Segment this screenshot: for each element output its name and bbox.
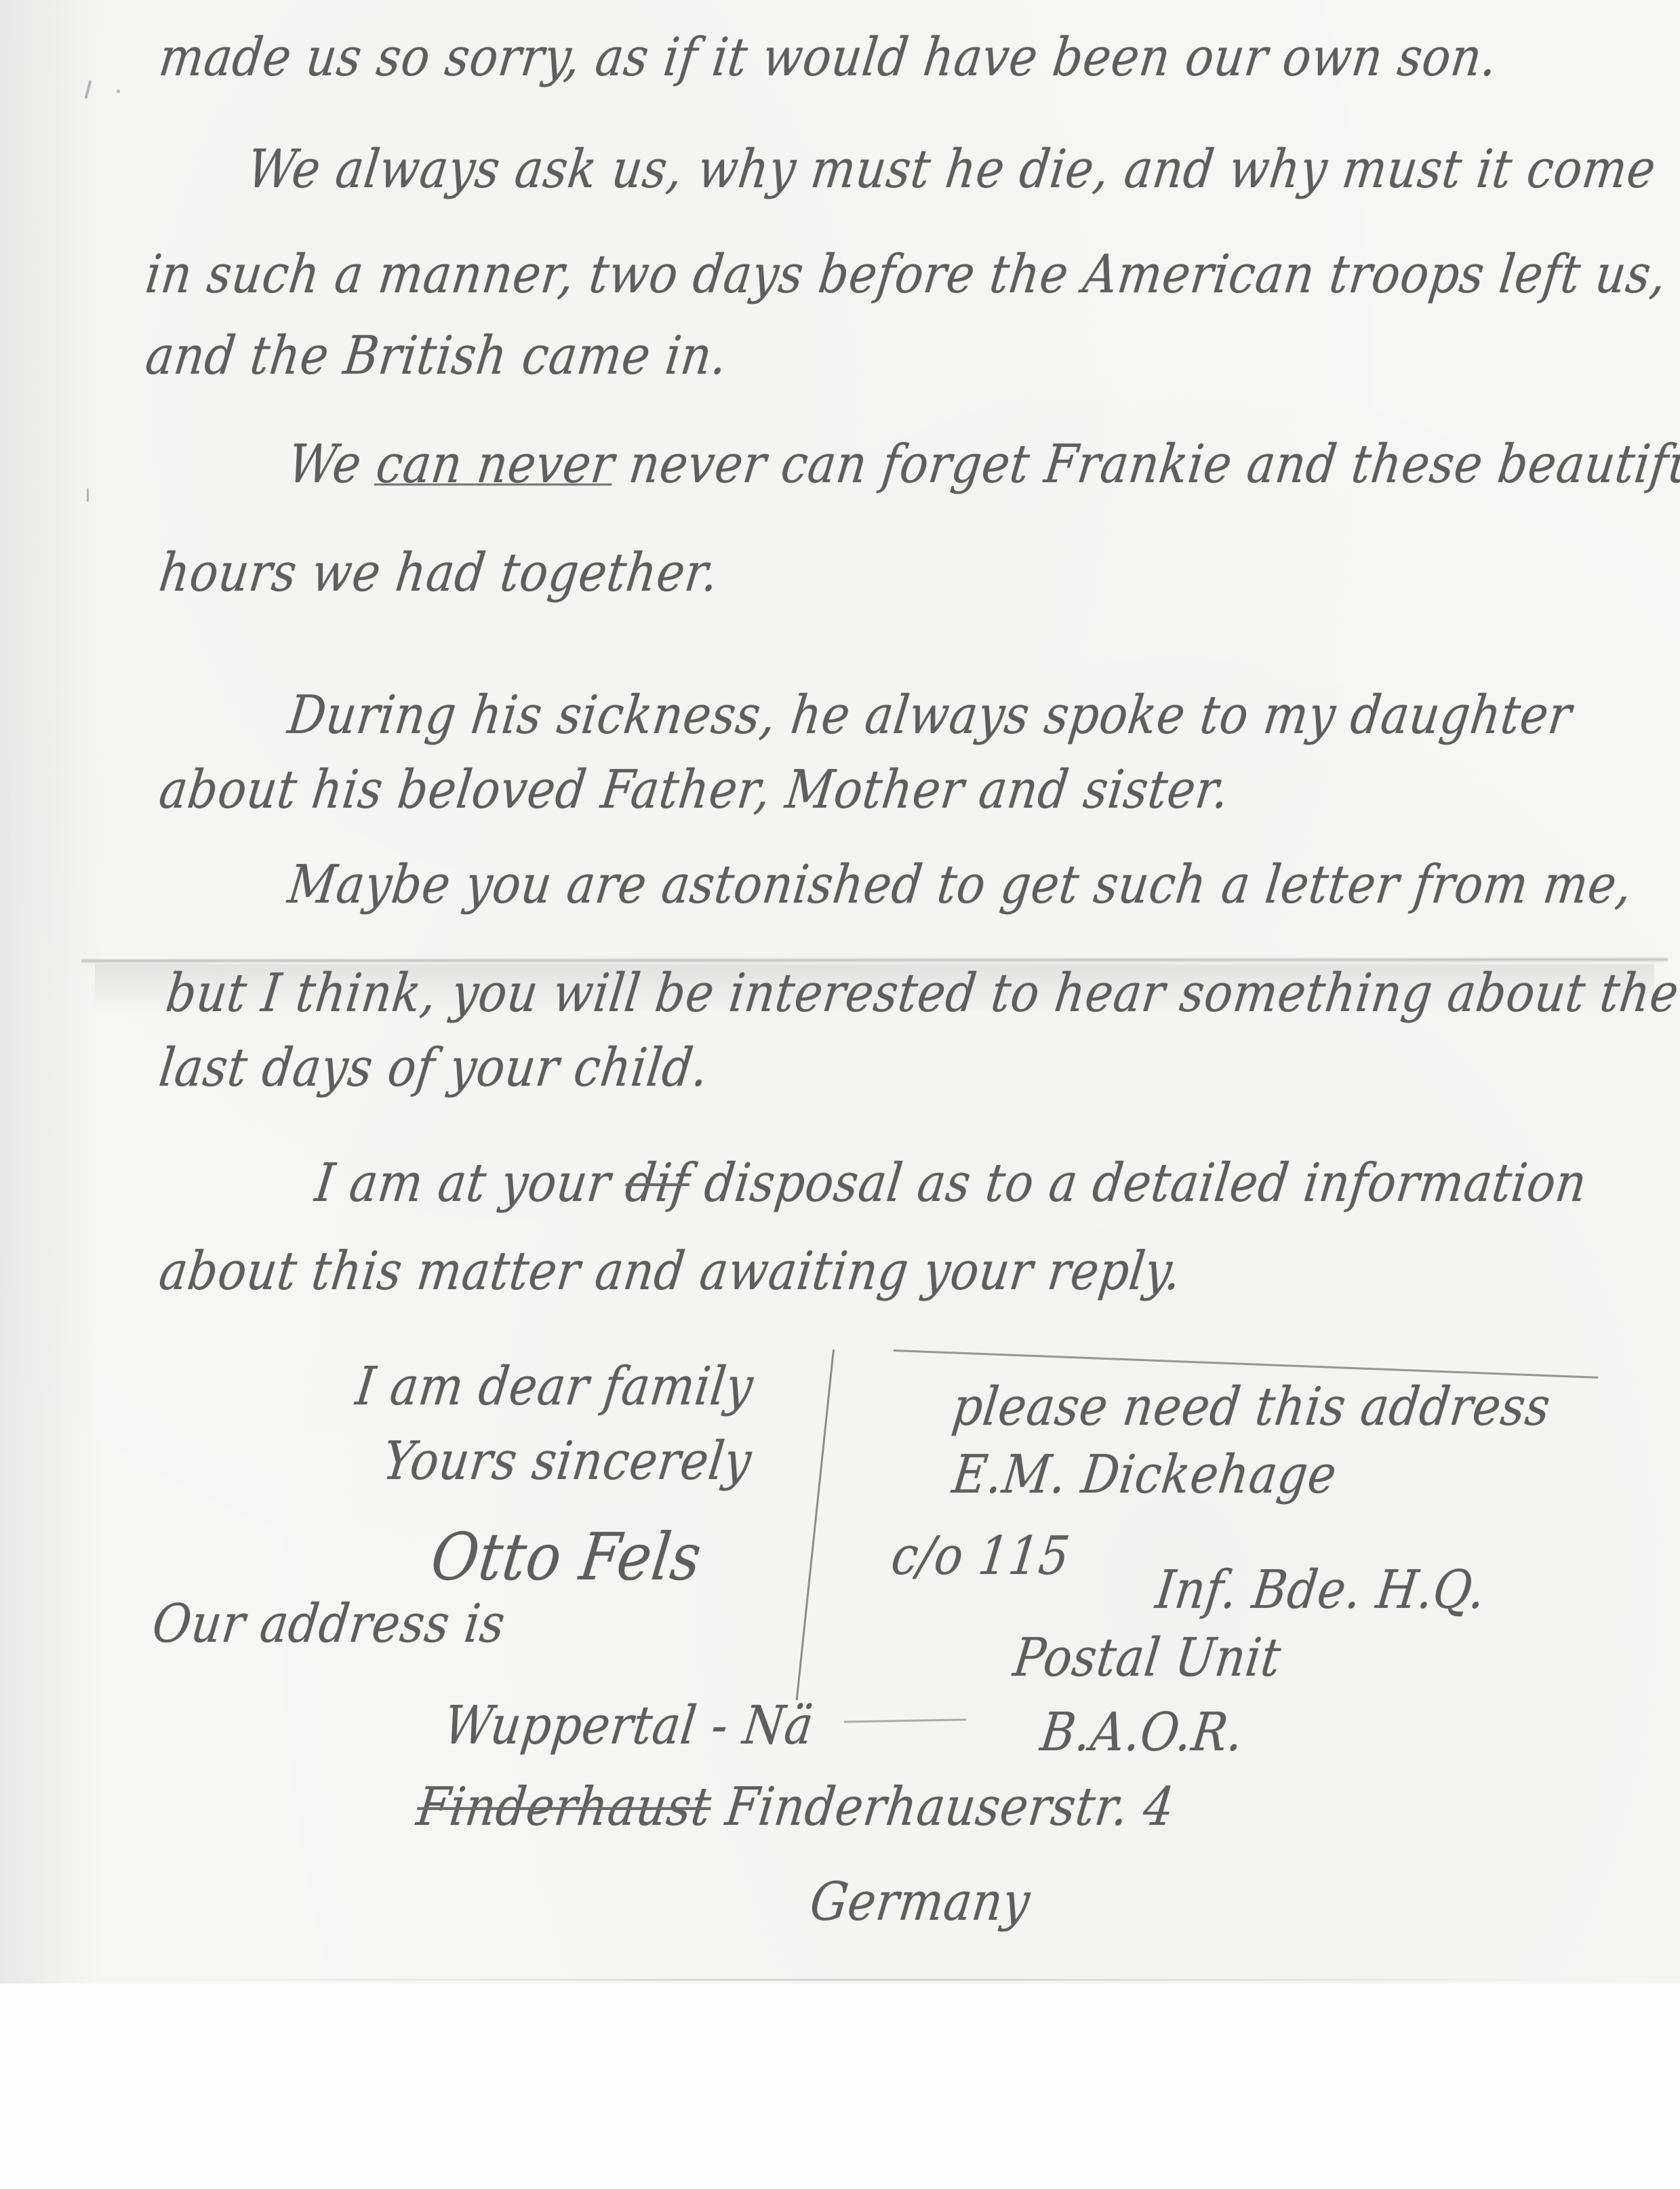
struck-through-text: can never	[373, 434, 618, 495]
letter-line: We always ask us, why must he die, and w…	[244, 139, 1659, 200]
address-box-top-rule	[894, 1349, 1598, 1379]
closing-line: I am dear family	[353, 1356, 757, 1417]
sender-address-country: Germany	[807, 1872, 1034, 1933]
struck-through-text: dif	[622, 1153, 693, 1214]
boxed-address-care-of: c/o 115	[888, 1526, 1073, 1587]
text-fragment: never can forget Frankie and these beaut…	[626, 434, 1680, 495]
letter-line: in such a manner, two days before the Am…	[142, 244, 1670, 305]
struck-through-text: Finderhaust	[414, 1777, 715, 1838]
text-fragment: disposal as to a detailed information	[701, 1153, 1591, 1214]
letter-line: We can never never can forget Frankie an…	[285, 434, 1680, 495]
letter-line: made us so sorry, as if it would have be…	[156, 27, 1501, 88]
letter-line: last days of your child.	[156, 1038, 712, 1099]
boxed-address-name: E.M. Dickehage	[949, 1444, 1340, 1505]
margin-mark	[117, 90, 120, 93]
sender-address-street: Finderhaust Finderhauserstr. 4	[414, 1777, 1178, 1838]
sender-address-city: Wuppertal - Nä	[441, 1695, 817, 1756]
letter-line: and the British came in.	[142, 326, 731, 387]
letter-line: I am at your dif disposal as to a detail…	[312, 1153, 1591, 1214]
text-fragment: Finderhauserstr. 4	[723, 1777, 1178, 1838]
closing-line: Yours sincerely	[380, 1431, 755, 1492]
letter-line: During his sickness, he always spoke to …	[285, 685, 1576, 746]
letter-line: about this matter and awaiting your repl…	[156, 1241, 1185, 1302]
address-box-left-rule	[796, 1349, 835, 1700]
letter-page: made us so sorry, as if it would have be…	[0, 0, 1680, 1984]
boxed-address-instruction: please need this address	[949, 1377, 1554, 1438]
sender-address-label: Our address is	[149, 1594, 508, 1655]
signature: Otto Fels	[427, 1519, 706, 1595]
boxed-address-region: B.A.O.R.	[1037, 1702, 1247, 1763]
margin-mark	[87, 488, 89, 502]
scan-shadow-left	[0, 0, 102, 1984]
address-continuation-stroke	[844, 1718, 966, 1722]
letter-line: about his beloved Father, Mother and sis…	[156, 760, 1233, 821]
letter-line: hours we had together.	[156, 543, 722, 604]
boxed-address-postal: Postal Unit	[1010, 1628, 1285, 1689]
paper-bottom-edge	[95, 1979, 1654, 1981]
text-fragment: I am at your	[312, 1153, 614, 1214]
boxed-address-unit: Inf. Bde. H.Q.	[1153, 1560, 1489, 1621]
letter-line: but I think, you will be interested to h…	[163, 963, 1680, 1024]
text-fragment: We	[285, 434, 365, 495]
letter-line: Maybe you are astonished to get such a l…	[285, 854, 1636, 915]
